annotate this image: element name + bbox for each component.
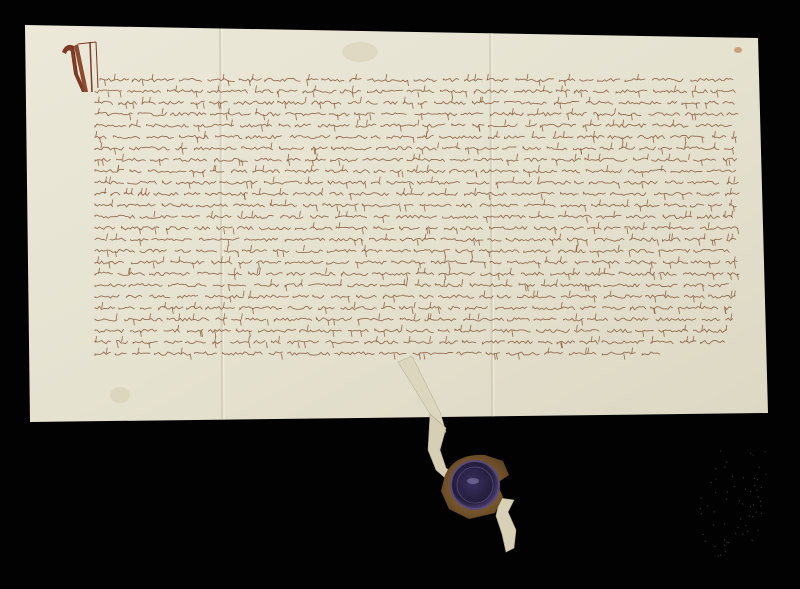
- background-speckle: [700, 450, 767, 556]
- charter-photo: [0, 0, 800, 589]
- stain: [110, 387, 130, 403]
- parchment-sheet: [25, 25, 768, 422]
- stain: [734, 47, 742, 53]
- stain: [342, 42, 378, 62]
